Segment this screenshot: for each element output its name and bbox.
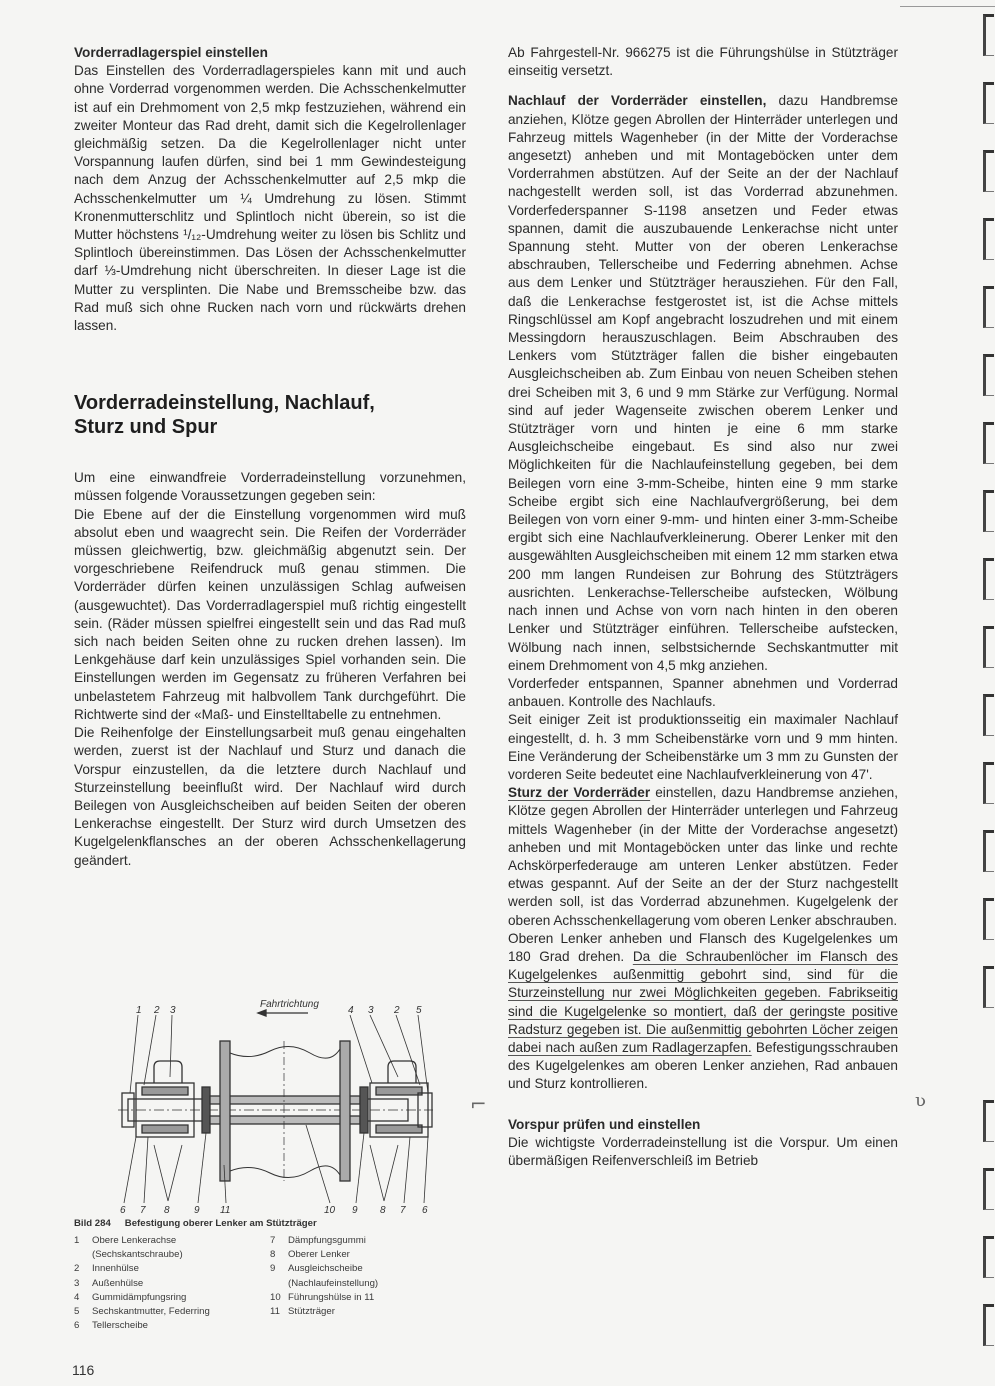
tab-mark-icon	[983, 830, 994, 872]
paragraph-prerequisites: Die Ebene auf der die Einstellung vorgen…	[74, 506, 466, 724]
handwritten-mark-icon: ⌐	[470, 1092, 487, 1116]
left-column: Vorderradlagerspiel einstellen Das Einst…	[74, 44, 466, 870]
callout-bottom: 7	[400, 1205, 406, 1215]
tab-mark-icon	[983, 966, 994, 1008]
tab-mark-icon	[983, 558, 994, 600]
paragraph-toe: Die wichtigste Vorderradeinstellung ist …	[508, 1134, 898, 1170]
legend-item: 2Innenhülse	[74, 1262, 264, 1276]
technical-drawing: Fahrtrichtung 1 2 3 4 3 2 5 6 7 8 9 11 1…	[108, 995, 438, 1215]
section-title-line1: Vorderradeinstellung, Nachlauf,	[74, 391, 466, 415]
tab-mark-icon	[983, 626, 994, 668]
figure-caption: Bild 284Befestigung oberer Lenker am Stü…	[74, 1218, 317, 1229]
paragraph-order: Die Reihenfolge der Einstellungsarbeit m…	[74, 724, 466, 870]
callout-bottom: 11	[220, 1205, 230, 1215]
legend-item: 9Ausgleichscheibe	[270, 1262, 420, 1276]
legend-item: 11Stützträger	[270, 1305, 420, 1319]
legend-item: (Sechskantschraube)	[74, 1248, 264, 1262]
tab-mark-icon	[983, 490, 994, 532]
direction-label: Fahrtrichtung	[260, 999, 319, 1010]
tab-mark-icon	[983, 762, 994, 804]
paragraph-chassis-note: Ab Fahrgestell-Nr. 966275 ist die Führun…	[508, 44, 898, 80]
callout-bottom: 9	[194, 1205, 200, 1215]
tab-mark-icon	[983, 1236, 994, 1278]
margin-tab-marks	[978, 0, 995, 1386]
axle-cross-section-drawing: Fahrtrichtung 1 2 3 4 3 2 5 6 7 8 9 11 1…	[108, 995, 438, 1215]
legend-item: 4Gummidämpfungsring	[74, 1291, 264, 1305]
tab-mark-icon	[983, 354, 994, 396]
callout-top: 4	[348, 1005, 354, 1016]
page-number: 116	[72, 1362, 94, 1378]
legend-item: 1Obere Lenkerachse	[74, 1234, 264, 1248]
section-heading-toe: Vorspur prüfen und einstellen	[508, 1116, 898, 1134]
tab-mark-icon	[983, 82, 994, 124]
callout-bottom: 9	[352, 1205, 358, 1215]
callout-bottom: 8	[380, 1205, 386, 1215]
callout-bottom: 7	[140, 1205, 146, 1215]
tab-mark-icon	[983, 1100, 994, 1142]
tab-mark-icon	[983, 150, 994, 192]
paragraph-camber-2: Oberen Lenker anheben und Flansch des Ku…	[508, 930, 898, 1094]
callout-top: 5	[416, 1005, 422, 1016]
legend-item: (Nachlaufeinstellung)	[270, 1277, 420, 1291]
legend-item: 8Oberer Lenker	[270, 1248, 420, 1262]
legend-item: 3Außenhülse	[74, 1277, 264, 1291]
paragraph-camber: Sturz der Vorderräder einstellen, dazu H…	[508, 784, 898, 930]
figure-title: Befestigung oberer Lenker am Stützträger	[125, 1218, 317, 1229]
section-heading-bearing-play: Vorderradlagerspiel einstellen	[74, 44, 466, 62]
tab-mark-icon	[983, 1168, 994, 1210]
section-title-line2: Sturz und Spur	[74, 415, 466, 439]
paragraph-bearing-play: Das Einstellen des Vorderradlagerspieles…	[74, 62, 466, 335]
tab-mark-icon	[983, 218, 994, 260]
callout-top: 2	[393, 1005, 400, 1016]
handwritten-mark-icon: ʋ	[915, 1090, 926, 1111]
callout-bottom: 8	[164, 1205, 170, 1215]
paragraph-prerequisites-intro: Um eine einwandfreie Vorderradeinstellun…	[74, 469, 466, 505]
callout-top: 3	[368, 1005, 374, 1016]
figure-number: Bild 284	[74, 1218, 111, 1229]
legend-item: 6Tellerscheibe	[74, 1319, 264, 1333]
callout-top: 2	[153, 1005, 160, 1016]
paragraph-caster-3: Seit einiger Zeit ist produktionsseitig …	[508, 711, 898, 784]
paragraph-caster-2: Vorderfeder entspannen, Spanner abnehmen…	[508, 675, 898, 711]
tab-mark-icon	[983, 1304, 994, 1346]
tab-mark-icon	[983, 286, 994, 328]
callout-top: 1	[136, 1005, 142, 1016]
camber-heading: Sturz der Vorderräder	[508, 785, 650, 800]
callout-top: 3	[170, 1005, 176, 1016]
callout-bottom: 6	[120, 1205, 126, 1215]
caster-heading: Nachlauf der Vorderräder einstellen,	[508, 93, 766, 108]
legend-item: 10Führungshülse in 11	[270, 1291, 420, 1305]
legend-item: 5Sechskantmutter, Federring	[74, 1305, 264, 1319]
tab-mark-icon	[983, 898, 994, 940]
tab-mark-icon	[983, 694, 994, 736]
tab-mark-icon	[983, 14, 994, 56]
legend-item: 7Dämpfungsgummi	[270, 1234, 420, 1248]
paragraph-caster: Nachlauf der Vorderräder einstellen, daz…	[508, 92, 898, 675]
tab-mark-icon	[983, 422, 994, 464]
callout-bottom: 10	[324, 1205, 336, 1215]
callout-bottom: 6	[422, 1205, 428, 1215]
right-column: Ab Fahrgestell-Nr. 966275 ist die Führun…	[508, 44, 898, 1170]
